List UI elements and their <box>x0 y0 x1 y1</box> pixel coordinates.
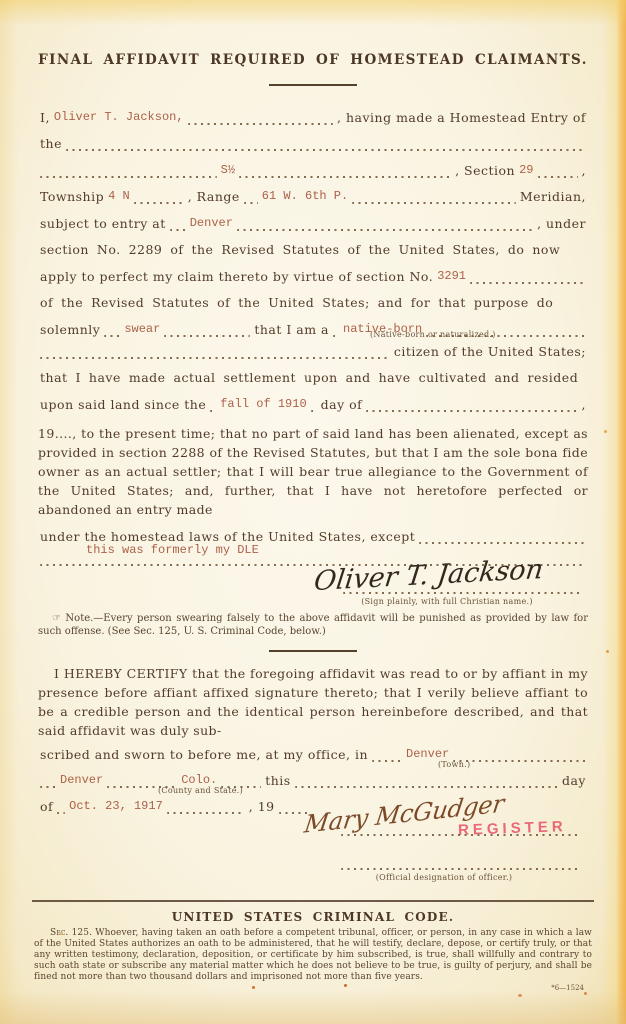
claimant-name-value: Oliver T. Jackson, <box>54 110 184 124</box>
state-value: Colo. <box>181 773 217 787</box>
form-line: I, Oliver T. Jackson, , having made a Ho… <box>38 98 588 125</box>
certify-paragraph-wrap: I HEREBY CERTIFY that the foregoing affi… <box>38 664 588 740</box>
code-heading: UNITED STATES CRIMINAL CODE. <box>38 910 588 924</box>
dotted-line <box>104 335 120 337</box>
paper-speck <box>252 986 255 989</box>
form-line: S½ , Section 29 , <box>38 151 588 178</box>
label-the: the <box>40 136 62 151</box>
alienation-paragraph-wrap: 19...., to the present time; that no par… <box>38 424 588 519</box>
form-line: of the Revised Statutes of the United St… <box>38 284 588 311</box>
label-since: upon said land since the <box>40 397 206 412</box>
punctuation: , <box>582 397 586 412</box>
label-solemnly: solemnly <box>40 322 100 337</box>
form-number: *6—1524 <box>551 984 584 992</box>
label-meridian: Meridian, <box>520 189 586 204</box>
label-office: scribed and sworn to before me, at my of… <box>40 747 368 762</box>
dotted-line <box>295 786 558 788</box>
title-divider <box>38 84 588 86</box>
dotted-line <box>57 812 65 814</box>
dotted-line <box>237 229 533 231</box>
statute-text-2: of the Revised Statutes of the United St… <box>40 295 553 310</box>
label-range: , Range <box>188 189 240 204</box>
certify-office-line: scribed and sworn to before me, at my of… <box>38 742 588 770</box>
officer-dotted-line <box>341 868 581 870</box>
officer-caption: (Official designation of officer.) <box>300 873 588 883</box>
except-value: this was formerly my DLE <box>86 543 259 561</box>
dotted-line <box>244 202 258 204</box>
label-citizen: citizen of the United States; <box>394 344 586 359</box>
claimant-signature-block: Oliver T. Jackson (Sign plainly, with fu… <box>306 562 588 608</box>
signature-caption: (Sign plainly, with full Christian name.… <box>306 597 588 607</box>
dotted-line <box>40 786 56 788</box>
register-dotted-line <box>341 834 581 836</box>
dotted-line <box>210 410 216 412</box>
signature-dotted-line <box>343 592 583 594</box>
dotted-line <box>333 335 339 337</box>
label-i: I, <box>40 110 50 125</box>
form-line: apply to perfect my claim thereto by vir… <box>38 257 588 284</box>
paper-speck <box>60 932 63 935</box>
dotted-line <box>352 202 516 204</box>
pointing-hand-icon: ☞ <box>52 613 61 624</box>
dotted-line <box>167 812 245 814</box>
dotted-line <box>40 176 217 178</box>
document-header: FINAL AFFIDAVIT REQUIRED OF HOMESTEAD CL… <box>38 52 588 68</box>
date-value: Oct. 23, 1917 <box>69 799 163 813</box>
town-value: Denver <box>406 747 449 761</box>
form-line: citizen of the United States; <box>38 337 588 359</box>
label-township: Township <box>40 189 104 204</box>
code-heading-wrap: UNITED STATES CRIMINAL CODE. <box>38 910 588 924</box>
land-description-value: S½ <box>221 163 235 177</box>
code-text: Whoever, having taken an oath before a c… <box>34 928 592 982</box>
statute-text: section No. 2289 of the Revised Statutes… <box>40 242 560 257</box>
form-line: upon said land since the fall of 1910 da… <box>38 385 588 412</box>
certify-paragraph: I HEREBY CERTIFY that the foregoing affi… <box>38 664 588 740</box>
swear-value: swear <box>124 322 160 336</box>
alienation-paragraph: 19...., to the present time; that no par… <box>38 424 588 519</box>
dotted-line <box>311 410 317 412</box>
paper-speck <box>604 430 607 433</box>
label-apply: apply to perfect my claim thereto by vir… <box>40 269 433 284</box>
punctuation: , <box>582 163 586 178</box>
title-rule <box>269 84 357 86</box>
paper-speck <box>584 992 587 995</box>
dotted-line <box>40 357 390 359</box>
label-day-of: day of <box>321 397 363 412</box>
dotted-line <box>134 202 184 204</box>
county-value: Denver <box>60 773 103 787</box>
paper-speck <box>518 994 522 997</box>
label-this: this <box>265 773 291 788</box>
form-line: Township 4 N , Range 61 W. 6th P. Meridi… <box>38 178 588 205</box>
dotted-line <box>366 410 577 412</box>
dotted-line <box>470 282 586 284</box>
dotted-line <box>372 760 402 762</box>
document-content: FINAL AFFIDAVIT REQUIRED OF HOMESTEAD CL… <box>38 0 588 1024</box>
code-section-label: Sec. 125. <box>50 928 92 938</box>
footer-rule <box>32 900 594 902</box>
label-entry: , having made a Homestead Entry of <box>337 110 586 125</box>
form-line: subject to entry at Denver , under <box>38 204 588 231</box>
except-line: under the homestead laws of the United S… <box>38 524 588 544</box>
section-number-value: 29 <box>519 163 533 177</box>
label-that-i-am: that I am a <box>254 322 329 337</box>
land-office-value: Denver <box>190 216 233 230</box>
register-signature-block: Mary McGudger REGISTER (Official designa… <box>300 804 588 894</box>
settlement-date-value: fall of 1910 <box>220 397 306 411</box>
township-value: 4 N <box>108 189 130 203</box>
paper-speck <box>344 984 347 987</box>
label-of: of <box>40 799 53 814</box>
dotted-line <box>538 176 578 178</box>
label-except: under the homestead laws of the United S… <box>40 529 415 544</box>
range-value: 61 W. 6th P. <box>262 189 348 203</box>
dotted-line <box>164 335 250 337</box>
label-section: , Section <box>455 163 515 178</box>
paper-speck <box>606 650 609 653</box>
form-line: section No. 2289 of the Revised Statutes… <box>38 231 588 258</box>
label-under: , under <box>537 216 586 231</box>
dotted-line <box>239 176 451 178</box>
affidavit-body: I, Oliver T. Jackson, , having made a Ho… <box>38 98 588 412</box>
dotted-line <box>188 123 334 125</box>
label-19: , 19 <box>249 799 275 814</box>
middle-rule <box>269 650 357 652</box>
middle-divider <box>38 650 588 652</box>
label-entry-at: subject to entry at <box>40 216 166 231</box>
note-block: ☞ Note.—Every person swearing falsely to… <box>38 612 588 638</box>
page-title: FINAL AFFIDAVIT REQUIRED OF HOMESTEAD CL… <box>38 52 588 68</box>
perfect-section-value: 3291 <box>437 269 466 283</box>
form-line: that I have made actual settlement upon … <box>38 359 588 386</box>
dotted-line <box>453 760 586 762</box>
code-paragraph-wrap: Sec. 125. Whoever, having taken an oath … <box>34 928 592 983</box>
dotted-line <box>66 149 586 151</box>
form-line: the <box>38 125 588 152</box>
label-day: day <box>562 773 586 788</box>
note-text: Note.—Every person swearing falsely to t… <box>38 613 588 637</box>
document-page: FINAL AFFIDAVIT REQUIRED OF HOMESTEAD CL… <box>0 0 626 1024</box>
dotted-line <box>170 229 186 231</box>
citizenship-value: native-born <box>343 322 422 336</box>
settlement-text: that I have made actual settlement upon … <box>40 370 578 385</box>
